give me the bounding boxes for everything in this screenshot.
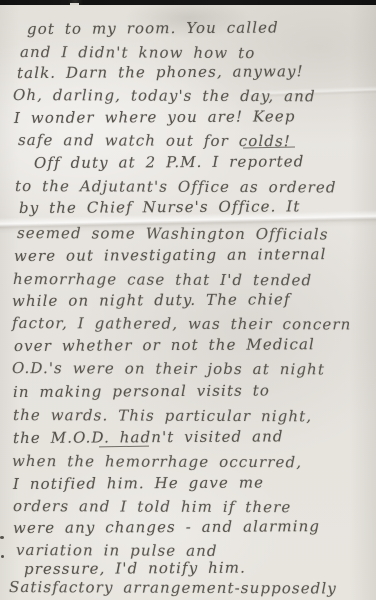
handwriting-line: pressure, I'd notify him.	[24, 559, 246, 579]
handwriting-line: and I didn't know how to	[20, 43, 255, 63]
handwriting-line: orders and I told him if there	[13, 497, 291, 517]
handwriting-line: got to my room. You called	[27, 18, 279, 39]
handwriting-line: when the hemorrhage occurred,	[12, 452, 302, 472]
handwriting-line: were any changes - and alarming	[13, 517, 320, 538]
handwriting-line: variation in pulse and	[16, 541, 218, 561]
handwriting-line: the wards. This particular night,	[13, 406, 312, 426]
handwriting-line: Oh, darling, today's the day, and	[13, 86, 316, 106]
handwriting-line: over whether or not the Medical	[14, 335, 315, 356]
handwriting-line: I notified him. He gave me	[13, 473, 264, 494]
handwriting-line: factor, I gathered, was their concern	[12, 314, 352, 334]
handwriting-line: were out investigating an internal	[14, 245, 327, 266]
handwriting-line: Satisfactory arrangement-supposedly	[9, 578, 337, 598]
stray-ink-dot	[1, 555, 4, 558]
handwriting-line: to the Adjutant's Office as ordered	[15, 177, 337, 197]
handwriting-line: by the Chief Nurse's Office. It	[19, 197, 301, 218]
handwriting-line: seemed some Washington Officials	[17, 224, 329, 244]
handwriting-line: talk. Darn the phones, anyway!	[17, 62, 304, 83]
stray-ink-dot	[0, 536, 4, 539]
handwriting-line: Off duty at 2 P.M. I reported	[34, 152, 305, 173]
handwriting-line: while on night duty. The chief	[12, 290, 291, 311]
handwriting-text-layer: got to my room. You called and I didn't …	[0, 0, 376, 600]
handwriting-line: I wonder where you are! Keep	[14, 107, 296, 128]
handwriting-line: in making personal visits to	[13, 381, 270, 402]
handwriting-line: O.D.'s were on their jobs at night	[12, 359, 325, 379]
handwriting-line: hemorrhage case that I'd tended	[13, 270, 312, 290]
letter-page: got to my room. You called and I didn't …	[0, 0, 376, 600]
